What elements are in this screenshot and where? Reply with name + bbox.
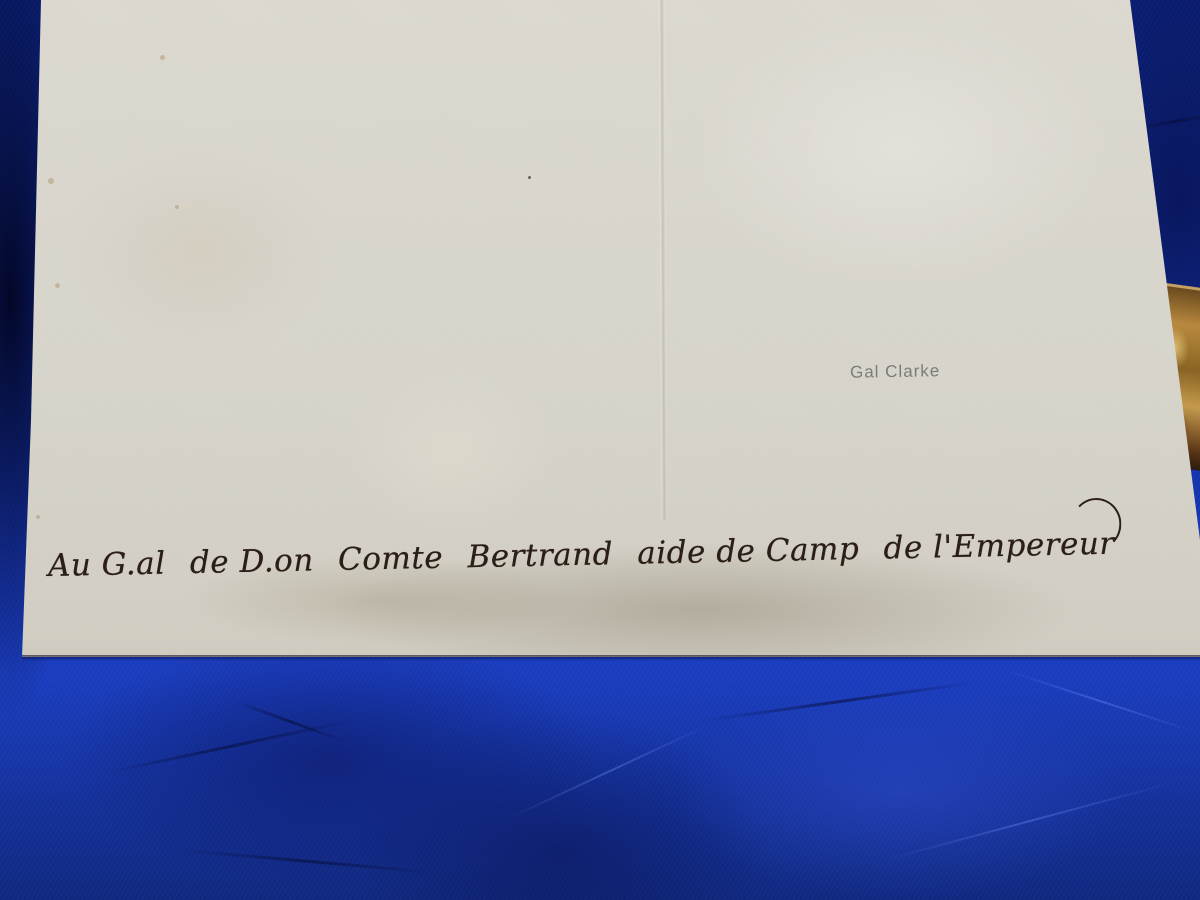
fabric-crease: [701, 681, 979, 723]
address-word: Bertrand: [467, 536, 613, 575]
foxing-spot: [55, 283, 60, 288]
foxing-spot: [48, 178, 54, 184]
document-paper: Gal Clarke Au G.al de D.on Comte Bertran…: [0, 0, 1200, 900]
address-word: aide de Camp: [637, 531, 860, 572]
fabric-crease: [233, 700, 347, 744]
pencil-annotation: Gal Clarke: [850, 361, 941, 383]
foxing-spot: [528, 176, 531, 179]
paper-fold-line: [659, 0, 668, 520]
fabric-crease: [180, 849, 439, 875]
foxing-spot: [175, 205, 179, 209]
photo-scene: Gal Clarke Au G.al de D.on Comte Bertran…: [0, 0, 1200, 900]
address-word: Au G.al: [48, 546, 166, 584]
fabric-crease: [103, 718, 358, 775]
fabric-crease: [885, 781, 1175, 861]
paper-shadow: [22, 655, 1200, 661]
address-word: Comte: [338, 540, 444, 578]
fabric-crease: [1005, 669, 1196, 733]
address-word: de D.on: [190, 542, 315, 581]
handwritten-address: Au G.al de D.on Comte Bertrand aide de C…: [48, 525, 1149, 584]
foxing-spot: [160, 55, 165, 60]
fabric-crease: [510, 724, 710, 819]
foxing-spot: [36, 515, 40, 519]
